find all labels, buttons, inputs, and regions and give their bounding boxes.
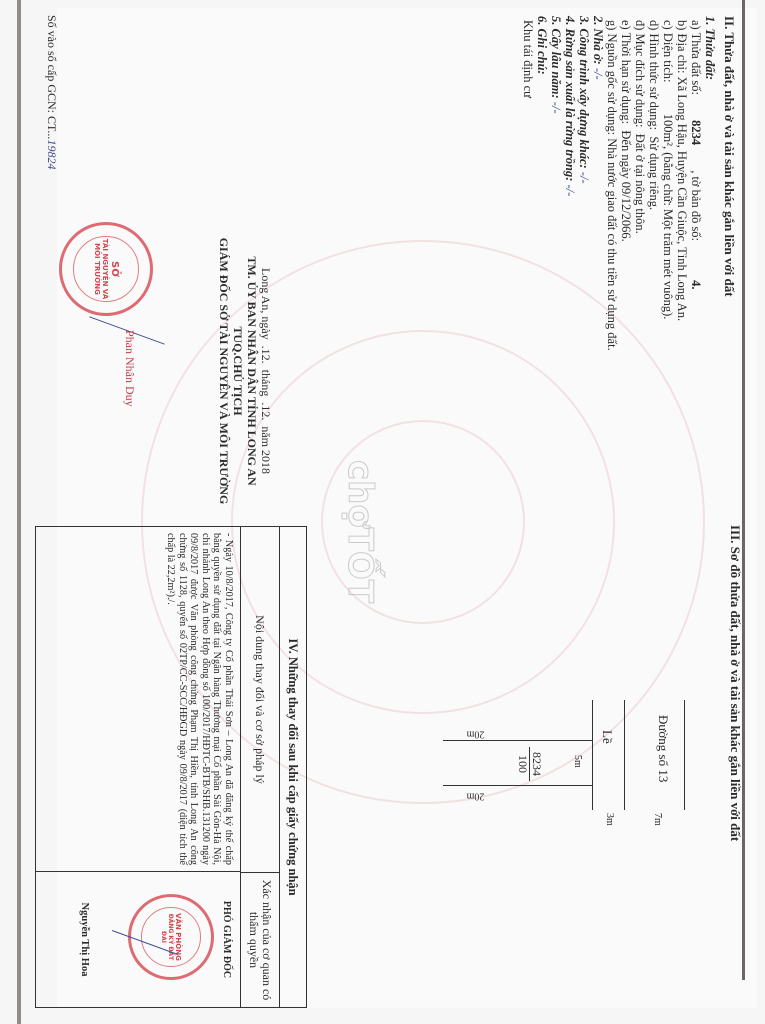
authority-line: GIÁM ĐỐC SỞ TÀI NGUYÊN VÀ MÔI TRƯỜNG xyxy=(217,226,231,516)
place-date: Long An, ngày .12. tháng .12. năm 2018 xyxy=(259,226,273,516)
map-sheet-no: 4. xyxy=(689,280,703,289)
registry-number: Số vào sổ cấp GCN: CT...19824 xyxy=(44,15,59,169)
authority-line: TM. ỦY BAN NHÂN DÂN TỈNH LONG AN xyxy=(245,226,259,516)
house-line: 2. Nhà ở: -/- xyxy=(591,16,605,496)
signer-title: PHÓ GIÁM ĐỐC xyxy=(221,872,232,1007)
use-form-line: d) Hình thức sử dụng: Sử dụng riêng. xyxy=(647,16,661,496)
notes-label: 6. Ghi chú: xyxy=(535,16,549,496)
front-width: 5m xyxy=(572,755,583,768)
parcel-no-label: a) Thửa đất số: xyxy=(689,20,703,95)
signer-name: Phan Nhân Duy xyxy=(122,330,137,407)
signer-name: Nguyễn Thị Hoa xyxy=(79,872,90,1007)
stamp-text: TÀI NGUYÊN VÀ xyxy=(101,239,109,299)
confirmation-cell: PHÓ GIÁM ĐỐC VĂN PHÒNG ĐĂNG KÝ ĐẤT ĐAI N… xyxy=(36,872,240,1007)
side-length: 20m xyxy=(467,790,485,801)
road-edge xyxy=(624,700,625,810)
parcel-area: 100 xyxy=(516,747,529,781)
forest-line: 4. Rừng sản xuất là rừng trồng: -/- xyxy=(563,16,577,496)
parcel-label: 8234 100 xyxy=(516,747,543,781)
land-heading: 1. Thửa đất: xyxy=(703,16,717,496)
road-edge xyxy=(684,700,685,810)
column-header: Xác nhận của cơ quan có thẩm quyền xyxy=(241,873,279,1007)
office-stamp: VĂN PHÒNG ĐĂNG KÝ ĐẤT ĐAI xyxy=(128,894,214,980)
map-sheet-label: , tờ bản đồ số: xyxy=(689,170,703,241)
shoulder-label: Lề xyxy=(599,730,615,744)
table-header-row: Nội dung thay đổi và cơ sở pháp lý Xác n… xyxy=(240,527,279,1007)
parcel-no: 8234 xyxy=(689,120,703,145)
term-line: e) Thời hạn sử dụng: Đến ngày 09/12/2066… xyxy=(619,16,633,496)
parcel-boundary xyxy=(443,740,593,741)
parcel-no: 8234 xyxy=(529,747,543,781)
section-ii-title: II. Thửa đất, nhà ở và tài sản khác gắn … xyxy=(721,16,737,496)
origin-line: g) Nguồn gốc sử dụng: Nhà nước giao đất … xyxy=(605,16,619,496)
shoulder-width: 3m xyxy=(604,813,615,826)
other-works-line: 3. Công trình xây dựng khác: -/- xyxy=(577,16,591,496)
perennial-value: -/- xyxy=(549,102,563,114)
parcel-diagram: Đường số 13 7m Lề 3m 5m 20m 20m 8234 100 xyxy=(443,525,743,1005)
house-label: 2. Nhà ở: xyxy=(591,16,605,65)
stamp-text: MÔI TRƯỜNG xyxy=(93,243,101,295)
other-works-label: 3. Công trình xây dựng khác: xyxy=(577,16,591,169)
table-row: - Ngày 10/8/2017, Công ty Cổ phần Thái S… xyxy=(36,527,240,1007)
section-ii: II. Thửa đất, nhà ở và tài sản khác gắn … xyxy=(521,16,737,496)
area-line: c) Diện tích: 100m², (bằng chữ: Một trăm… xyxy=(661,16,675,496)
authority-line: TUQ.CHỦ TỊCH xyxy=(231,226,245,516)
address-line: b) Địa chỉ: Xã Long Hậu, Huyện Cần Giuộc… xyxy=(675,16,689,496)
section-iv-title: IV. Những thay đổi sau khi cấp giấy chứn… xyxy=(279,527,306,1007)
perennial-label: 5. Cây lâu năm: xyxy=(549,16,563,99)
forest-value: -/- xyxy=(563,185,577,197)
notes-value: Khu tái định cư xyxy=(521,16,535,496)
signing-block: Long An, ngày .12. tháng .12. năm 2018 T… xyxy=(217,226,273,516)
parcel-boundary xyxy=(443,785,593,786)
road-width: 7m xyxy=(652,813,663,826)
column-header: Nội dung thay đổi và cơ sở pháp lý xyxy=(241,527,279,873)
registry-label: Số vào sổ cấp GCN: CT... xyxy=(45,15,59,139)
stamp-text: ĐĂNG KÝ ĐẤT ĐAI xyxy=(160,908,174,966)
purpose-line: đ) Mục đích sử dụng: Đất ở tại nông thôn… xyxy=(633,16,647,496)
house-value: -/- xyxy=(591,68,605,80)
road-label: Đường số 13 xyxy=(655,715,671,782)
page-edge xyxy=(17,0,21,1024)
forest-label: 4. Rừng sản xuất là rừng trồng: xyxy=(563,16,577,181)
shoulder-edge xyxy=(592,700,593,810)
other-works-value: -/- xyxy=(577,172,591,184)
parcel-number-line: a) Thửa đất số: 8234 , tờ bản đồ số: 4. xyxy=(689,16,703,496)
stamp-text: SỞ xyxy=(109,261,120,277)
certificate-sheet: chợTỐT II. Thửa đất, nhà ở và tài sản kh… xyxy=(0,0,765,1024)
watermark-logo: chợTỐT xyxy=(340,460,380,603)
changes-table: IV. Những thay đổi sau khi cấp giấy chứn… xyxy=(35,526,307,1008)
change-entry: - Ngày 10/8/2017, Công ty Cổ phần Thái S… xyxy=(36,527,240,872)
side-length: 20m xyxy=(467,728,485,739)
official-stamp: SỞ TÀI NGUYÊN VÀ MÔI TRƯỜNG xyxy=(59,222,153,316)
registry-value: 19824 xyxy=(45,139,59,169)
perennial-line: 5. Cây lâu năm: -/- xyxy=(549,16,563,496)
